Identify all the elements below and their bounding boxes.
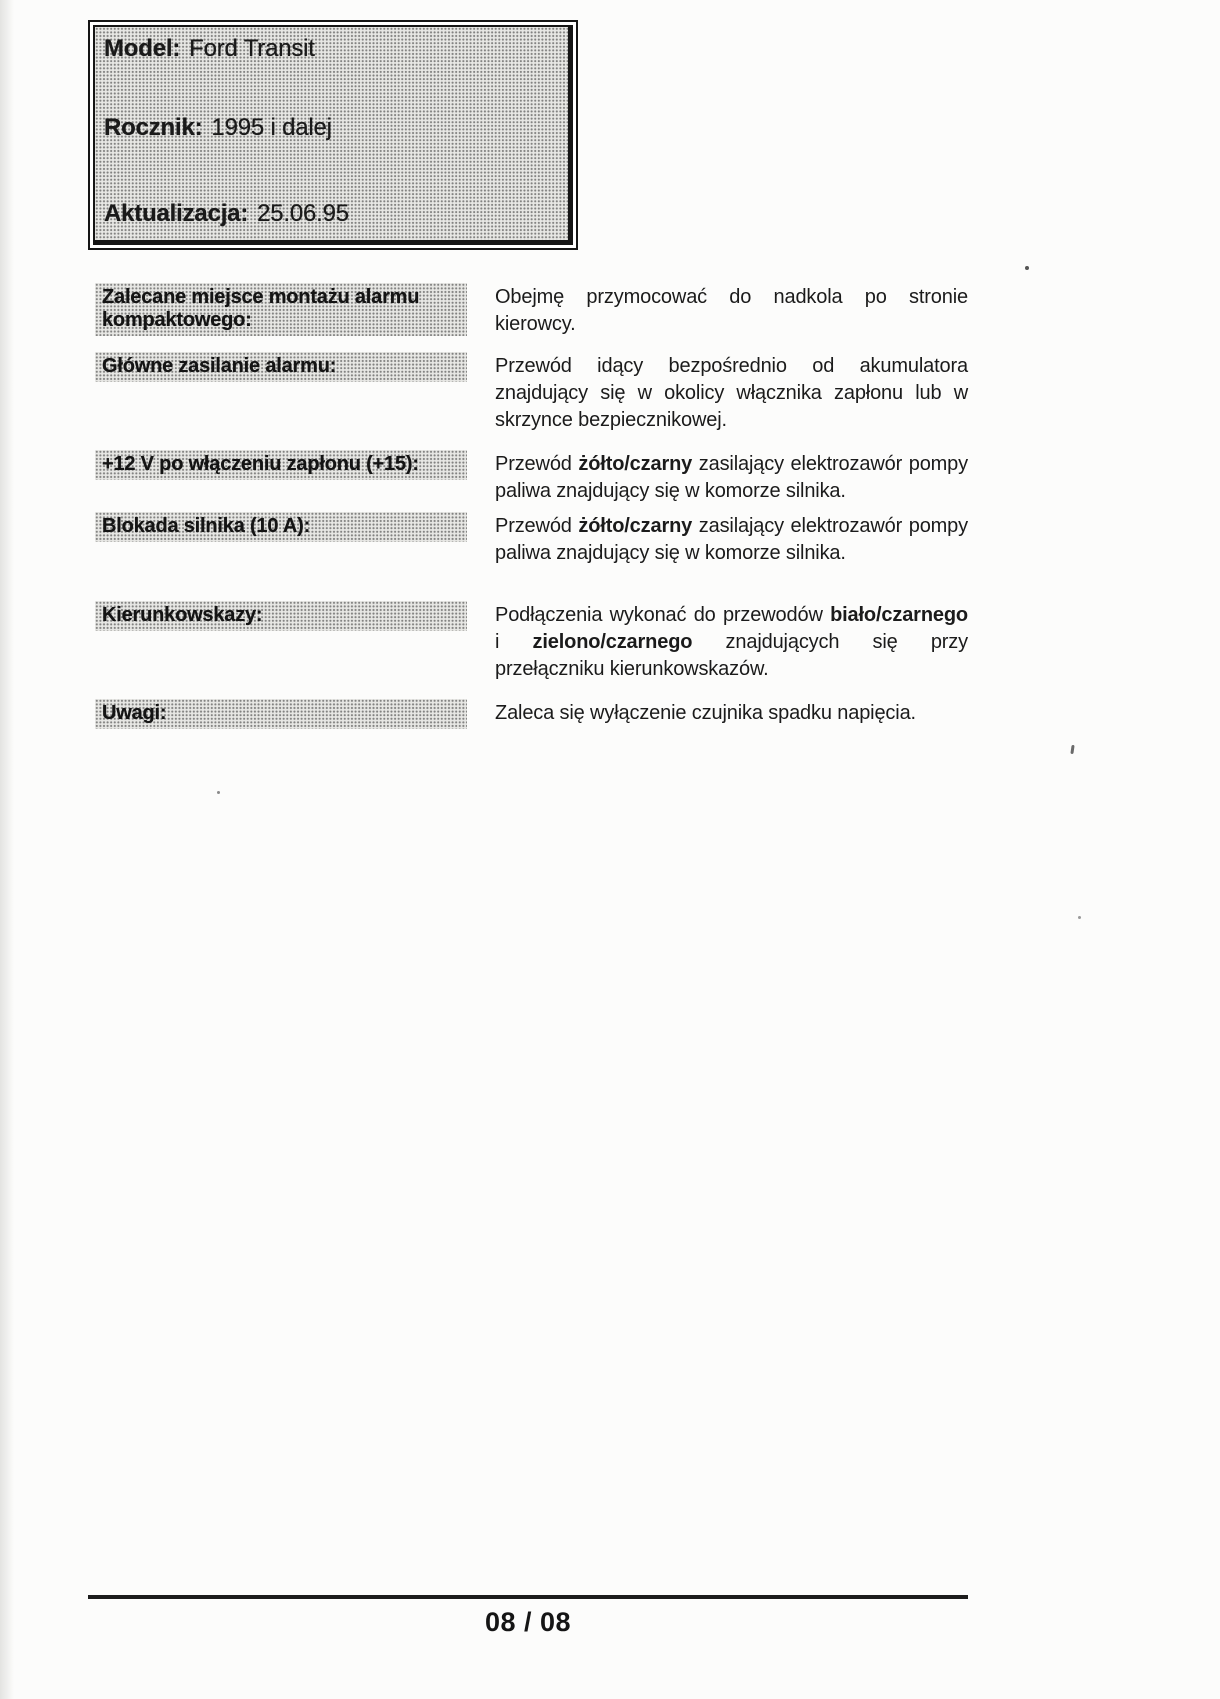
year-label: Rocznik: [104,114,202,141]
scanned-document-page: Model:Ford Transit Rocznik:1995 i dalej … [0,0,1220,1699]
scan-speck [217,791,220,794]
section-body: Przewód idący bezpośrednio od akumulator… [495,352,968,434]
vehicle-info-box: Model:Ford Transit Rocznik:1995 i dalej … [88,20,578,250]
section-turn-signals: Kierunkowskazy: Podłączenia wykonać do p… [95,601,968,683]
scan-speck [1025,266,1029,270]
section-label: Zalecane miejsce montażu alarmu kompakto… [95,283,467,336]
section-engine-immobilizer: Blokada silnika (10 A): Przewód żółto/cz… [95,512,968,567]
section-body: Obejmę przymocować do nadkola po stronie… [495,283,968,338]
section-ignition-12v: +12 V po włączeniu zapłonu (+15): Przewó… [95,450,968,505]
section-label: +12 V po włączeniu zapłonu (+15): [95,450,467,480]
model-value: Ford Transit [189,35,315,62]
section-body: Podłączenia wykonać do przewodów biało/c… [495,601,968,683]
section-label: Kierunkowskazy: [95,601,467,631]
section-mounting-place: Zalecane miejsce montażu alarmu kompakto… [95,283,968,338]
scan-speck [1078,916,1081,919]
year-value: 1995 i dalej [211,114,331,141]
section-body: Przewód żółto/czarny zasilający elektroz… [495,450,968,505]
section-body: Zaleca się wyłączenie czujnika spadku na… [495,699,968,727]
model-label: Model: [104,35,180,62]
year-row: Rocznik:1995 i dalej [104,114,560,141]
section-notes: Uwagi: Zaleca się wyłączenie czujnika sp… [95,699,968,729]
section-label: Uwagi: [95,699,467,729]
footer-rule [88,1595,968,1599]
section-label: Główne zasilanie alarmu: [95,352,467,382]
section-main-power: Główne zasilanie alarmu: Przewód idący b… [95,352,968,434]
update-row: Aktualizacja:25.06.95 [104,200,560,227]
section-body: Przewód żółto/czarny zasilający elektroz… [495,512,968,567]
update-label: Aktualizacja: [104,200,248,227]
model-row: Model:Ford Transit [104,35,560,62]
vehicle-info-box-inner: Model:Ford Transit Rocznik:1995 i dalej … [93,25,573,245]
page-number: 08 / 08 [88,1607,968,1638]
update-value: 25.06.95 [257,200,349,227]
section-label: Blokada silnika (10 A): [95,512,467,542]
scan-speck [1070,745,1074,754]
